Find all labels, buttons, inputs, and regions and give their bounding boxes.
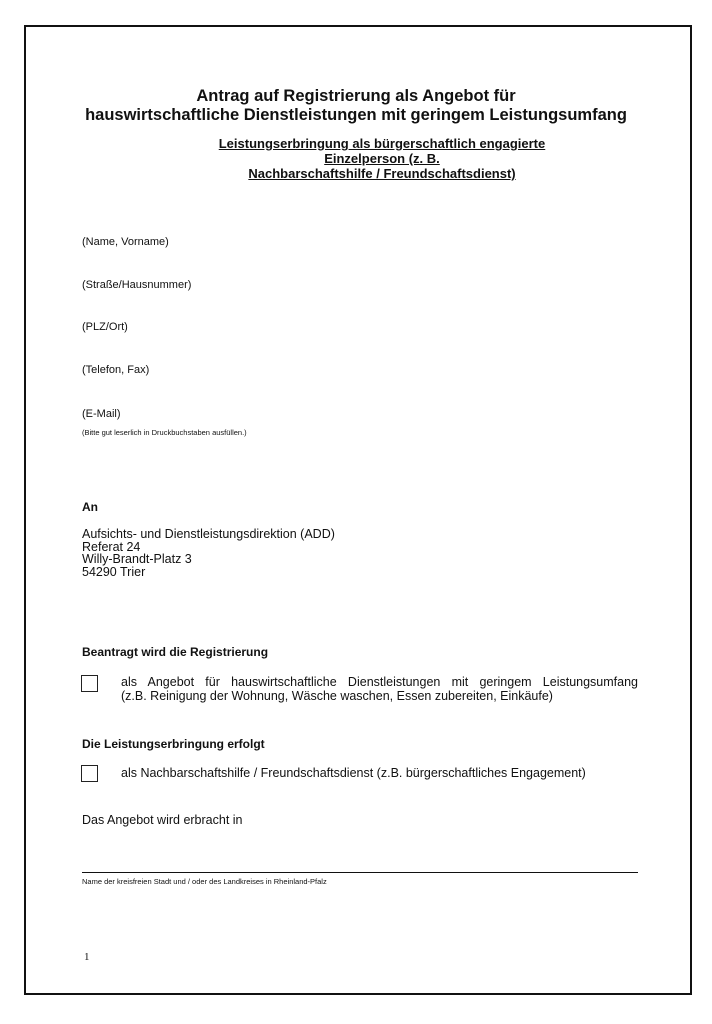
registration-option-line-2: (z.B. Reinigung der Wohnung, Wäsche wasc… [121, 689, 638, 703]
fill-hint: (Bitte gut leserlich in Druckbuchstaben … [82, 428, 247, 437]
title-line-2: hauswirtschaftliche Dienstleistungen mit… [0, 106, 712, 125]
page-number: 1 [84, 951, 90, 963]
registration-option-label: als Angebot für hauswirtschaftliche Dien… [121, 675, 638, 703]
field-phone-fax[interactable]: (Telefon, Fax) [82, 364, 149, 377]
registration-checkbox[interactable] [81, 675, 98, 692]
recipient-line-3: Willy-Brandt-Platz 3 [82, 553, 335, 566]
field-email[interactable]: (E-Mail) [82, 408, 121, 421]
document-title: Antrag auf Registrierung als Angebot für… [0, 87, 712, 125]
provision-option-label: als Nachbarschaftshilfe / Freundschaftsd… [121, 766, 638, 780]
subtitle-line-2: Einzelperson (z. B. [180, 151, 584, 166]
document-subtitle: Leistungserbringung als bürgerschaftlich… [180, 136, 584, 181]
subtitle-line-1: Leistungserbringung als bürgerschaftlich… [180, 136, 584, 151]
recipient-line-1: Aufsichts- und Dienstleistungsdirektion … [82, 528, 335, 541]
location-caption: Name der kreisfreien Stadt und / oder de… [82, 877, 327, 886]
recipient-line-4: 54290 Trier [82, 566, 335, 579]
recipient-address: Aufsichts- und Dienstleistungsdirektion … [82, 528, 335, 578]
recipient-heading: An [82, 500, 98, 514]
provision-checkbox[interactable] [81, 765, 98, 782]
subtitle-line-3: Nachbarschaftshilfe / Freundschaftsdiens… [180, 166, 584, 181]
registration-heading: Beantragt wird die Registrierung [82, 645, 268, 659]
field-street[interactable]: (Straße/Hausnummer) [82, 279, 191, 292]
provision-heading: Die Leistungserbringung erfolgt [82, 737, 265, 751]
field-postcode-city[interactable]: (PLZ/Ort) [82, 321, 128, 334]
location-label: Das Angebot wird erbracht in [82, 813, 243, 827]
field-name[interactable]: (Name, Vorname) [82, 236, 169, 249]
location-input-line[interactable] [82, 872, 638, 873]
registration-option-line-1: als Angebot für hauswirtschaftliche Dien… [121, 675, 638, 689]
title-line-1: Antrag auf Registrierung als Angebot für [0, 87, 712, 106]
